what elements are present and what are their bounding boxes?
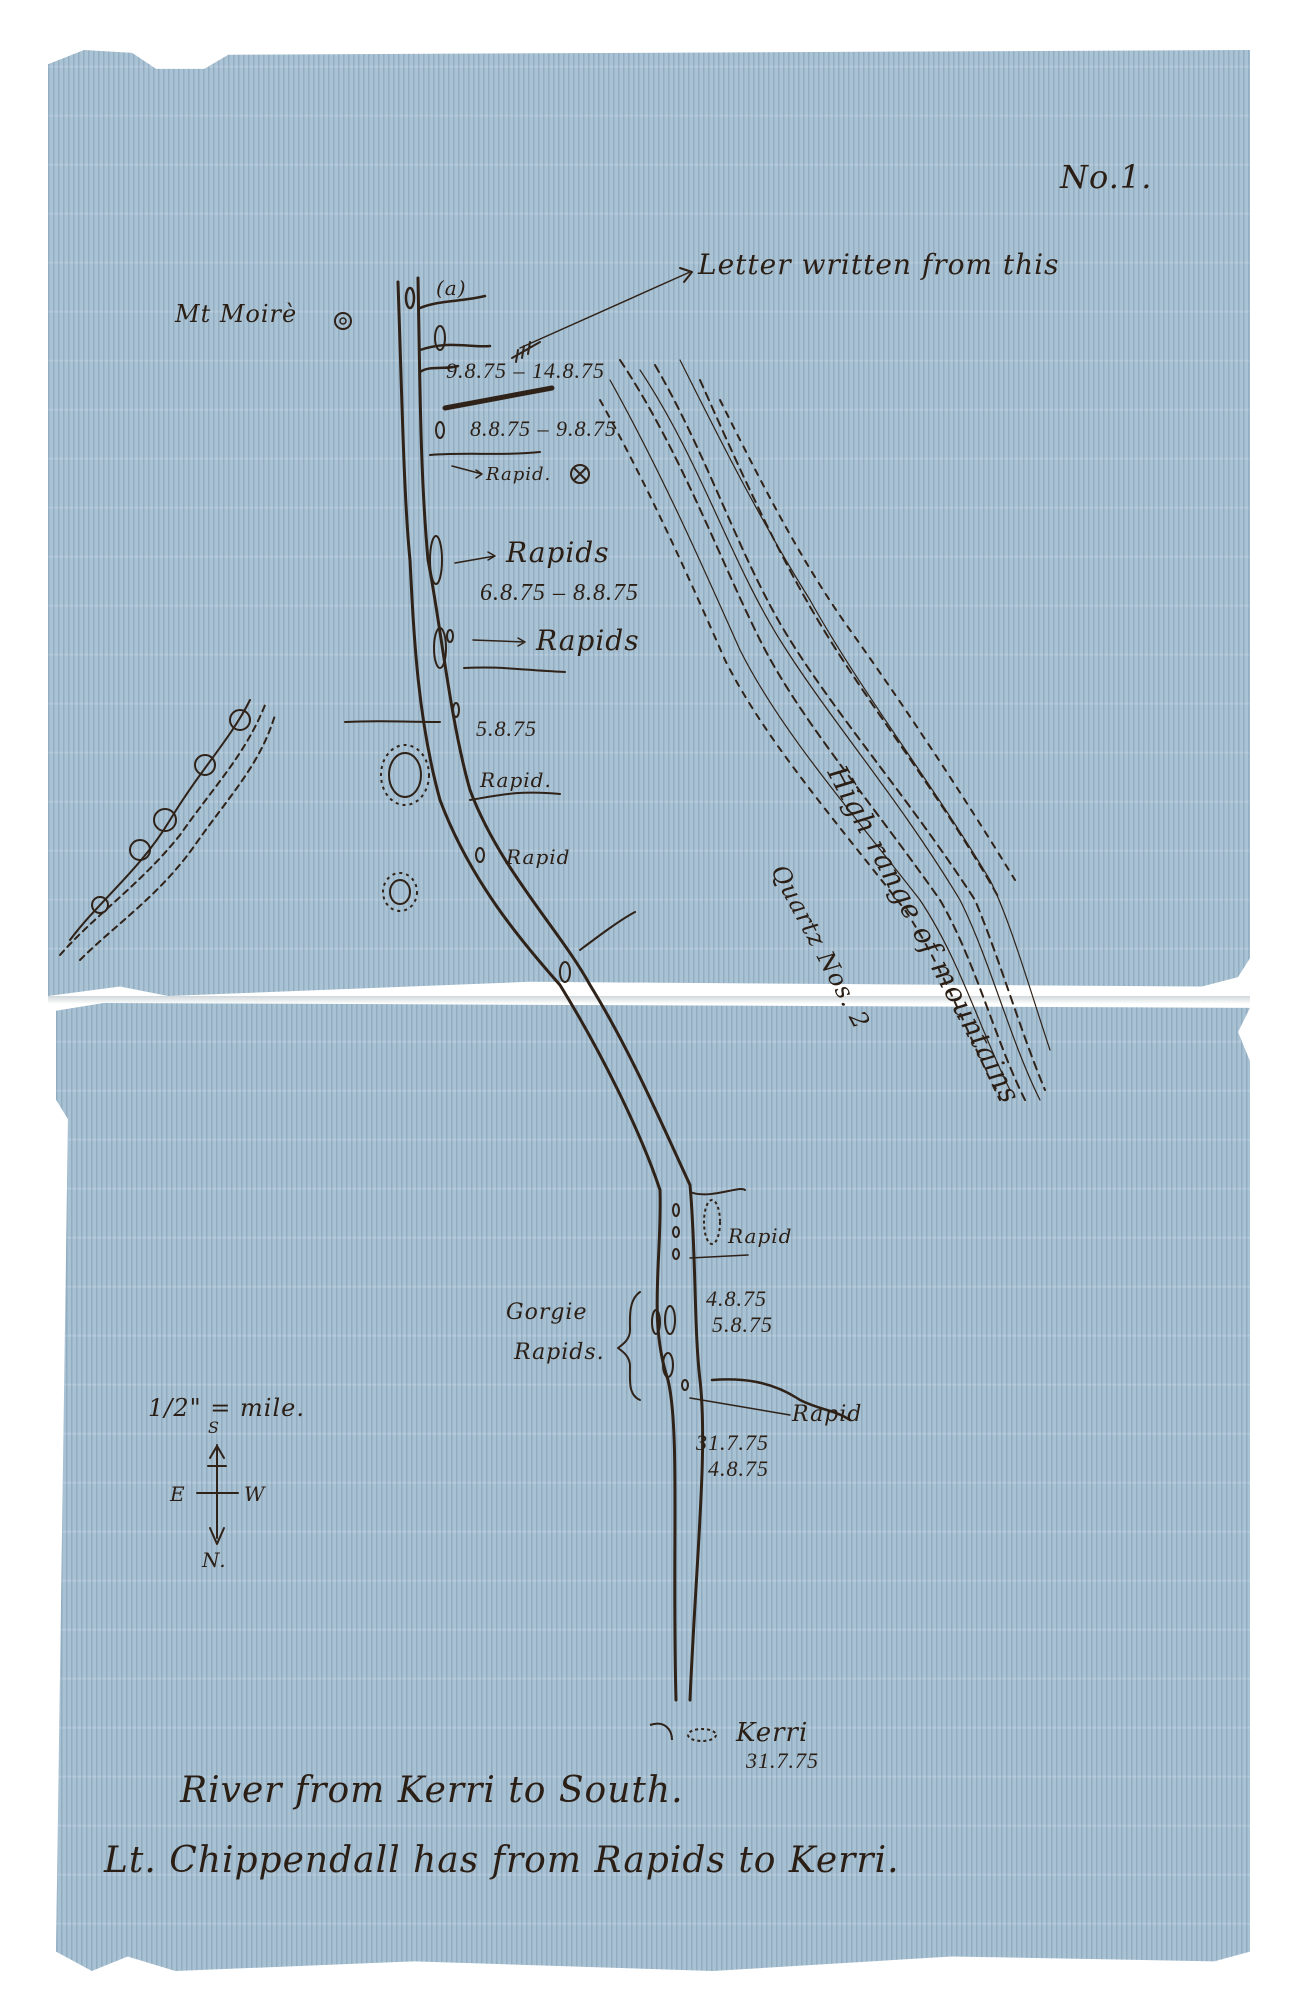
label-date-9-14: 9.8.75 – 14.8.75 bbox=[446, 358, 605, 384]
compass-label-top: S bbox=[208, 1418, 220, 1437]
compass-label-bottom: N. bbox=[202, 1548, 227, 1572]
label-rapid-4: Rapid. bbox=[480, 768, 552, 792]
caption-line-2: Lt. Chippendall has from Rapids to Kerri… bbox=[104, 1840, 900, 1881]
label-kerri: Kerri bbox=[736, 1718, 808, 1748]
label-rapid-1: Rapid. bbox=[486, 464, 551, 485]
label-gorge-rapids-line2: Rapids. bbox=[514, 1340, 605, 1365]
river bbox=[398, 278, 703, 1700]
label-mt-moire: Mt Moirè bbox=[175, 300, 297, 328]
label-letter-note: Letter written from this bbox=[698, 248, 1060, 281]
mountain-range-hatching bbox=[600, 360, 1050, 1100]
caption-line-1: River from Kerri to South. bbox=[180, 1770, 684, 1811]
scale-legend: 1/2" = mile. bbox=[148, 1394, 305, 1422]
label-date-8-9: 8.8.75 – 9.8.75 bbox=[470, 416, 617, 442]
label-date-4-8b: 4.8.75 bbox=[708, 1456, 769, 1482]
label-kerri-date: 31.7.75 bbox=[746, 1748, 819, 1774]
compass-label-right: W bbox=[244, 1482, 266, 1506]
hill-chain-west bbox=[60, 700, 275, 960]
label-date-6-8: 6.8.75 – 8.8.75 bbox=[480, 580, 639, 607]
label-rapids-2: Rapids bbox=[506, 536, 610, 569]
label-date-31-7: 31.7.75 bbox=[696, 1430, 769, 1456]
label-rapid-5: Rapid bbox=[506, 845, 570, 869]
sheet-number: No.1. bbox=[1060, 158, 1152, 196]
manuscript-map: No.1. Mt Moirè (a) Letter written from t… bbox=[0, 0, 1307, 2000]
label-rapid-6: Rapid bbox=[728, 1224, 792, 1248]
label-point-a: (a) bbox=[436, 276, 467, 300]
hills-west-of-river bbox=[381, 745, 429, 911]
label-date-5-8b: 5.8.75 bbox=[712, 1312, 773, 1338]
compass-rose bbox=[197, 1445, 238, 1544]
label-rapid-7: Rapid bbox=[792, 1402, 862, 1427]
label-rapids-3: Rapids bbox=[536, 624, 640, 657]
compass-label-left: E bbox=[170, 1482, 186, 1506]
label-date-5-8: 5.8.75 bbox=[476, 716, 537, 742]
label-gorge-rapids-line1: Gorgie bbox=[506, 1300, 587, 1325]
label-date-4-8: 4.8.75 bbox=[706, 1286, 767, 1312]
